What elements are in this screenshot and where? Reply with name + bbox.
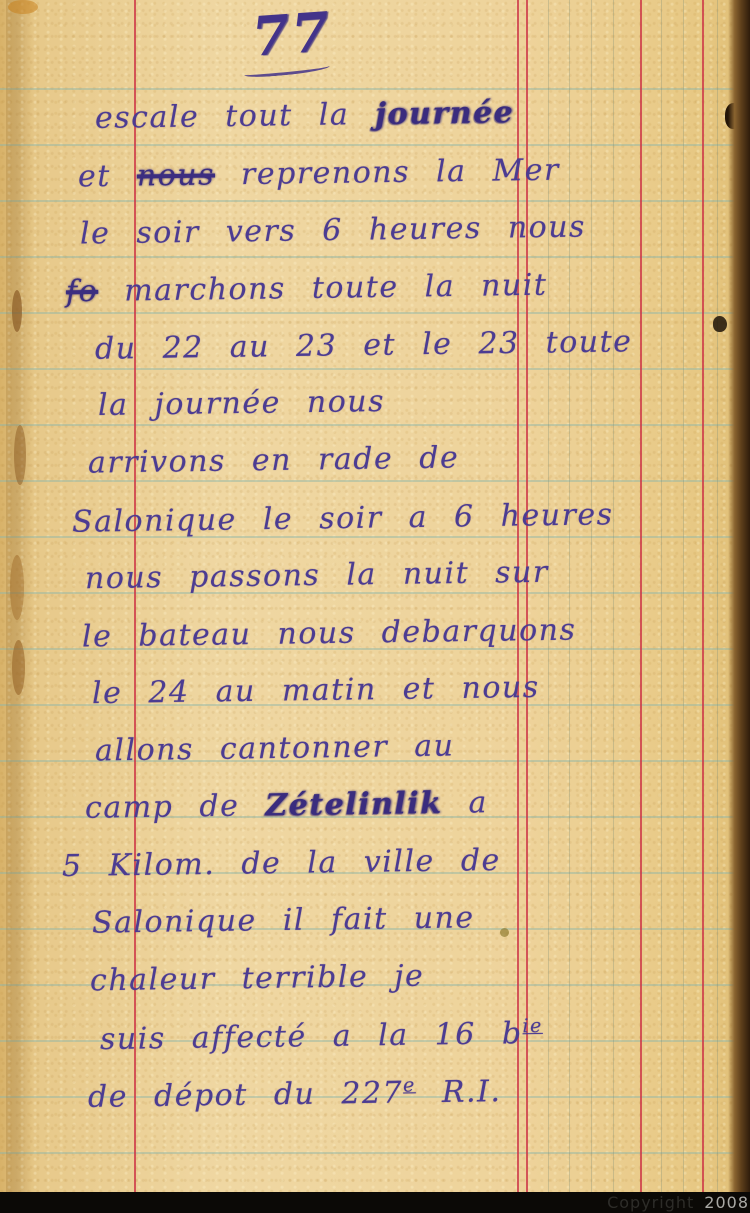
handwriting-line: camp de Zételinlik a [85, 785, 488, 826]
handwriting-text: R.I. [416, 1074, 502, 1110]
handwriting-line: le bateau nous debarquons [82, 612, 577, 654]
handwriting-line: chaleur terrible je [90, 958, 425, 998]
handwriting-line: de dépot du 227e R.I. [88, 1073, 502, 1115]
struck-word: nous [137, 157, 216, 193]
watermark-year: 2008 [704, 1193, 749, 1212]
page-edge-right [728, 0, 750, 1213]
handwriting-line: Salonique le soir a 6 heures [72, 497, 614, 540]
handwriting-text: suis affecté a la 16 b [100, 1016, 523, 1057]
handwriting-text: chaleur terrible je [90, 958, 425, 998]
handwriting-text: de dépot du 227 [88, 1075, 404, 1114]
ink-spot [713, 316, 727, 332]
handwriting-text: Salonique le soir a 6 heures [72, 497, 614, 540]
handwriting-text: 5 Kilom. de la ville de [62, 842, 501, 883]
red-rule-right-2 [702, 0, 704, 1213]
handwriting-line: escale tout la journée [95, 95, 515, 136]
faint-column-rule [717, 0, 718, 1213]
handwriting-text: le soir vers 6 heures nous [80, 209, 586, 251]
struck-word: fo [66, 273, 99, 308]
handwriting-text: la journée nous [98, 383, 385, 422]
handwriting-text: ie [522, 1015, 543, 1037]
handwriting-line: le soir vers 6 heures nous [80, 209, 586, 251]
handwriting-line: la journée nous [98, 383, 385, 422]
stain [500, 928, 509, 937]
handwriting-text: nous passons la nuit sur [85, 555, 549, 596]
stain [8, 0, 38, 14]
notebook-page: 77 escale tout la journéeet nous repreno… [0, 0, 750, 1213]
handwriting-text: e [403, 1074, 416, 1096]
handwriting-text: Zételinlik [265, 786, 443, 823]
handwriting-text: le 24 au matin et nous [92, 670, 540, 711]
handwriting-line: suis affecté a la 16 bie [100, 1015, 543, 1057]
faint-column-rule [613, 0, 614, 1213]
handwriting-text: Salonique il fait une [92, 900, 475, 940]
handwriting-line: allons cantonner au [95, 728, 455, 768]
faint-column-rule [591, 0, 592, 1213]
handwriting-text: le bateau nous debarquons [82, 612, 577, 654]
handwriting-line: nous passons la nuit sur [85, 555, 549, 596]
handwriting-text: journée [375, 95, 514, 132]
page-number: 77 [250, 0, 333, 69]
faint-column-rule [569, 0, 570, 1213]
stain [10, 555, 24, 620]
stain [12, 290, 22, 332]
handwriting-line: et nous reprenons la Mer [78, 152, 560, 194]
stain [12, 640, 25, 695]
faint-column-rule [661, 0, 662, 1213]
watermark-text: Copyright [607, 1193, 694, 1212]
handwriting-line: fo marchons toute la nuit [66, 267, 548, 309]
handwriting-line: arrivons en rade de [88, 440, 460, 480]
handwriting-text: et [78, 158, 137, 194]
stain [14, 425, 26, 485]
handwriting-line: 5 Kilom. de la ville de [62, 842, 501, 883]
handwriting-text: reprenons la Mer [215, 152, 560, 192]
scan-bottom-bar: Copyright 2008 [0, 1192, 750, 1213]
handwriting-text: camp de [85, 788, 266, 826]
handwriting-text: escale tout la [95, 97, 376, 136]
faint-column-rule [683, 0, 684, 1213]
handwriting-text: a [442, 785, 488, 821]
handwriting-line: le 24 au matin et nous [92, 670, 540, 711]
handwriting-text: marchons toute la nuit [98, 267, 548, 308]
handwriting-text: allons cantonner au [95, 728, 455, 768]
handwriting-line: Salonique il fait une [92, 900, 475, 940]
handwriting-text: arrivons en rade de [88, 440, 460, 480]
red-rule-right-1 [640, 0, 642, 1213]
